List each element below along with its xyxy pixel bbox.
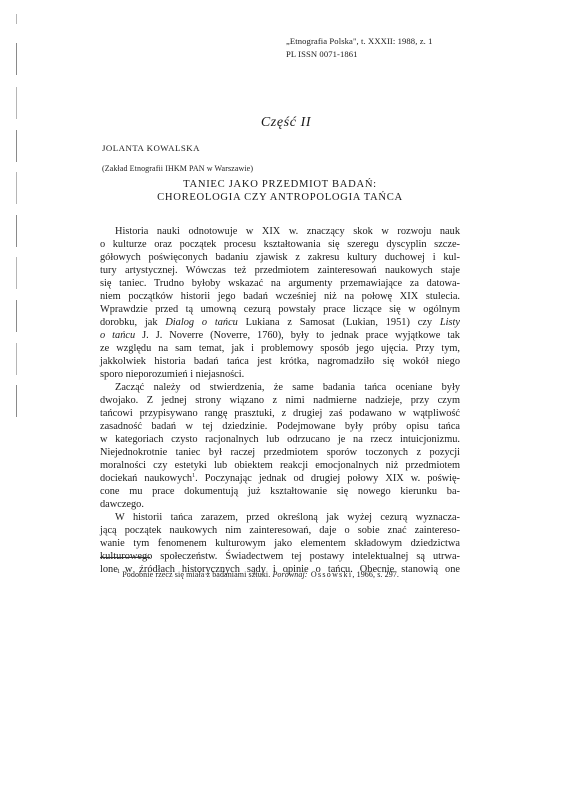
body-line: zasadność badań w tej dziedzinie. Podejm… [100, 420, 460, 433]
body-line: w kategoriach czysto racjonalnych lub od… [100, 433, 460, 446]
body-line: niem początków historii jego badań wcześ… [100, 290, 460, 303]
body-line: moralności czy estetyki lub obiektem rea… [100, 459, 460, 472]
text-run: J. J. Noverre (Noverre, 1760), były to j… [142, 330, 460, 341]
journal-header: „Etnografia Polska", t. XXXII: 1988, z. … [286, 35, 433, 61]
article-title-line-1: TANIEC JAKO PRZEDMIOT BADAŃ: [100, 178, 460, 191]
body-line: ze względu na sam temat, jak i problemow… [100, 342, 460, 355]
footnote-cited-author: Ossowski [308, 570, 353, 579]
margin-mark [16, 14, 17, 24]
cited-work-title: Dialog o tańcu [165, 317, 238, 328]
journal-citation: „Etnografia Polska", t. XXXII: 1988, z. … [286, 35, 433, 48]
body-line: Historia nauki odnotowuje w XIX w. znacz… [100, 225, 460, 238]
body-line: Zacząć należy od stwierdzenia, że same b… [100, 381, 460, 394]
paragraph-3: W historii tańca zarazem, przed określon… [100, 511, 460, 576]
body-line: dwojako. Z jednej strony wiązano z nimi … [100, 394, 460, 407]
cited-work-title: o tańcu [100, 330, 135, 341]
article-body: Historia nauki odnotowuje w XIX w. znacz… [100, 225, 460, 576]
margin-mark [16, 257, 17, 289]
article-title: TANIEC JAKO PRZEDMIOT BADAŃ: CHOREOLOGIA… [100, 178, 460, 204]
article-title-line-2: CHOREOLOGIA CZY ANTROPOLOGIA TAŃCA [100, 191, 460, 204]
part-title: Część II [0, 115, 566, 131]
margin-mark [16, 300, 17, 332]
margin-mark [16, 343, 17, 375]
text-run: dorobku, jak [100, 317, 158, 328]
body-line: dawczego. [100, 498, 460, 511]
body-line: wanie tym fenomenem kulturowym jako elem… [100, 537, 460, 550]
footnote-italic: Porównaj: [272, 570, 307, 579]
body-line: tańcowi przypisywano rangę prasztuki, z … [100, 407, 460, 420]
body-line: Wprawdzie przed tą umowną cezurą powstał… [100, 303, 460, 316]
footnote-text: Podobnie rzecz się miała z badaniami szt… [120, 570, 272, 579]
body-line: o kulturze oraz początek procesu kształt… [100, 238, 460, 251]
body-line: cone mu prace dokumentują już kształtowa… [100, 485, 460, 498]
margin-mark [16, 43, 17, 75]
body-line: o tańcu J. J. Noverre (Noverre, 1760), b… [100, 329, 460, 342]
footnote: 1 Podobnie rzecz się miała z badaniami s… [117, 570, 399, 579]
body-line: tury artystycznej. Wówczas też przedmiot… [100, 264, 460, 277]
margin-mark [16, 385, 17, 417]
body-line: dorobku, jak Dialog o tańcu Lukiana z Sa… [100, 316, 460, 329]
margin-mark [16, 172, 17, 204]
text-run: dociekań naukowych [100, 473, 192, 484]
author-affiliation: (Zakład Etnografii IHKM PAN w Warszawie) [102, 164, 253, 173]
journal-issn: PL ISSN 0071-1861 [286, 48, 433, 61]
body-line: kulturowego społeczeństw. Świadectwem te… [100, 550, 460, 563]
footnote-text: , 1966, s. 297. [352, 570, 399, 579]
body-line: W historii tańca zarazem, przed określon… [100, 511, 460, 524]
body-line: jącą początek naukowych nim zainteresowa… [100, 524, 460, 537]
margin-mark [16, 130, 17, 162]
footnote-separator [100, 557, 150, 558]
text-run: Lukiana z Samosat (Lukian, 1951) czy [246, 317, 432, 328]
body-line: gółowych poświęconych badaniu zjawisk z … [100, 251, 460, 264]
margin-mark [16, 215, 17, 247]
cited-work-title: Listy [440, 317, 460, 328]
text-run: . Poczynając jednak od drugiej połowy XI… [195, 473, 460, 484]
body-line: Niejednokrotnie taniec był raczej przedm… [100, 446, 460, 459]
body-line: sporo nieporozumień i niejasności. [100, 368, 460, 381]
author-name: JOLANTA KOWALSKA [102, 143, 200, 153]
paragraph-2: Zacząć należy od stwierdzenia, że same b… [100, 381, 460, 511]
paragraph-1: Historia nauki odnotowuje w XIX w. znacz… [100, 225, 460, 381]
body-line: dociekań naukowych1. Poczynając jednak o… [100, 472, 460, 485]
body-line: jakkolwiek historia badań tańca jest kró… [100, 355, 460, 368]
body-line: się taniec. Trudno byłoby wskazać na arg… [100, 277, 460, 290]
